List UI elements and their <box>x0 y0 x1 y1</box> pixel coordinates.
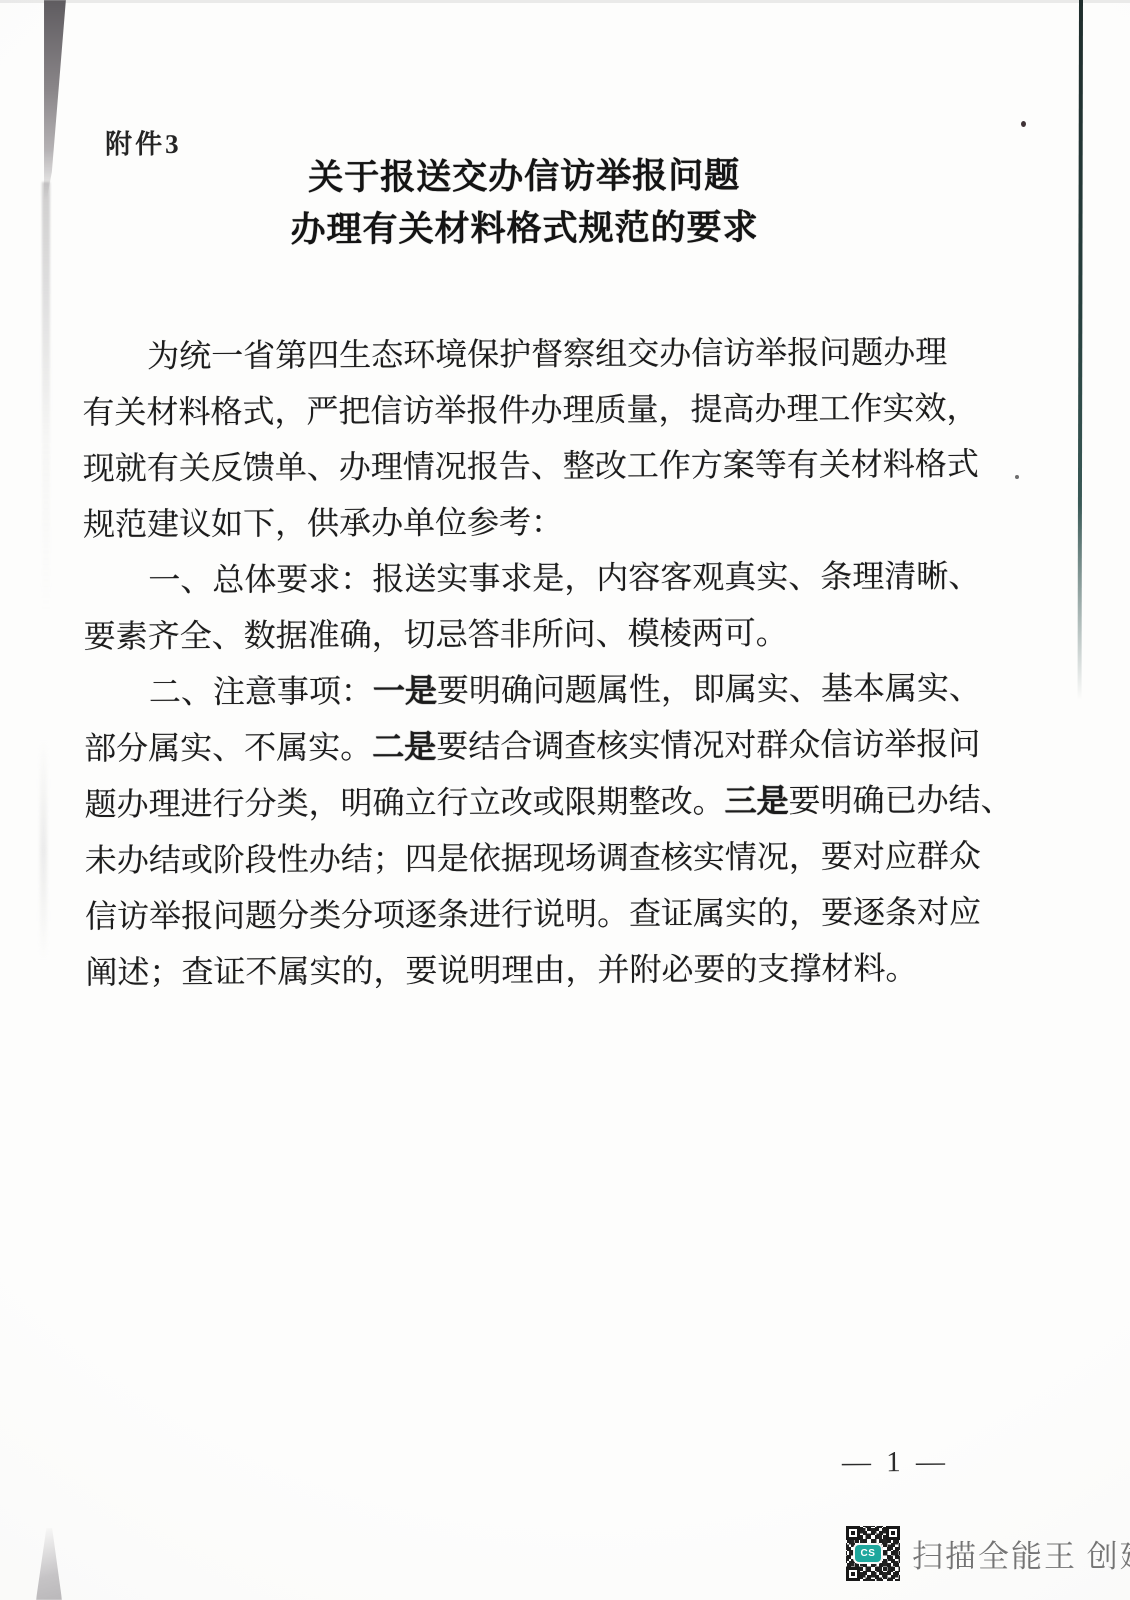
body-line: 题办理进行分类，明确立行立改或限期整改。三是要明确已办结、 <box>84 772 984 833</box>
body-segment: 为统一省第四生态环境保护督察组交办信访举报问题办理 <box>147 334 947 374</box>
body-line: 现就有关反馈单、办理情况报告、整改工作方案等有关材料格式 <box>83 436 983 497</box>
body-line: 二、注意事项：一是要明确问题属性，即属实、基本属实、 <box>84 660 984 721</box>
body-line: 为统一省第四生态环境保护督察组交办信访举报问题办理 <box>82 324 982 385</box>
body-segment: 二、注意事项： <box>149 673 373 710</box>
body-segment: 要明确问题属性，即属实、基本属实、 <box>437 670 981 709</box>
body-segment: 要结合调查核实情况对群众信访举报问 <box>436 726 980 765</box>
body-line: 阐述；查证不属实的，要说明理由，并附必要的支撑材料。 <box>85 940 985 1001</box>
body-line: 要素齐全、数据准确，切忌答非所问、模棱两可。 <box>84 604 984 665</box>
watermark-text: 扫描全能王 创建 <box>912 1531 1130 1576</box>
qr-finder-icon <box>846 1526 860 1540</box>
scanned-page: 附件3 关于报送交办信访举报问题 办理有关材料格式规范的要求 为统一省第四生态环… <box>0 0 1130 1600</box>
body-line: 规范建议如下，供承办单位参考： <box>83 492 983 553</box>
body-line: 未办结或阶段性办结；四是依据现场调查核实情况，要对应群众 <box>85 828 985 889</box>
body-segment: 规范建议如下，供承办单位参考： <box>83 504 563 543</box>
body-line: 信访举报问题分类分项逐条进行说明。查证属实的，要逐条对应 <box>85 884 985 945</box>
body-segment: 题办理进行分类，明确立行立改或限期整改。 <box>84 783 724 822</box>
body-segment: 信访举报问题分类分项逐条进行说明。查证属实的，要逐条对应 <box>85 894 981 935</box>
title-line-2: 办理有关材料格式规范的要求 <box>99 201 949 257</box>
qr-finder-icon <box>846 1567 860 1581</box>
qr-finder-icon <box>886 1526 900 1540</box>
body-segment: 一、总体要求：报送实事求是，内容客观真实、条理清晰、 <box>148 558 980 598</box>
body-segment: 阐述；查证不属实的，要说明理由，并附必要的支撑材料。 <box>85 950 917 990</box>
body-line: 一、总体要求：报送实事求是，内容客观真实、条理清晰、 <box>83 548 983 609</box>
body-segment-bold: 一是 <box>373 673 437 709</box>
body-segment: 未办结或阶段性办结；四是依据现场调查核实情况，要对应群众 <box>85 838 981 879</box>
body-text: 为统一省第四生态环境保护督察组交办信访举报问题办理有关材料格式，严把信访举报件办… <box>82 324 986 1001</box>
document-title: 关于报送交办信访举报问题 办理有关材料格式规范的要求 <box>99 149 950 257</box>
body-segment: 有关材料格式，严把信访举报件办理质量，提高办理工作实效， <box>82 390 978 431</box>
body-segment: 部分属实、不属实。 <box>84 729 372 767</box>
camscanner-badge: CS <box>855 1545 881 1562</box>
title-line-1: 关于报送交办信访举报问题 <box>99 149 949 205</box>
page-number: — 1 — <box>842 1446 949 1480</box>
document-content: 附件3 关于报送交办信访举报问题 办理有关材料格式规范的要求 为统一省第四生态环… <box>0 0 1130 1600</box>
body-segment-bold: 三是 <box>724 783 788 819</box>
qr-code-icon: CS <box>846 1526 900 1581</box>
body-segment: 要明确已办结、 <box>788 782 1012 819</box>
body-segment: 要素齐全、数据准确，切忌答非所问、模棱两可。 <box>84 615 788 655</box>
body-segment: 现就有关反馈单、办理情况报告、整改工作方案等有关材料格式 <box>83 446 979 487</box>
body-segment-bold: 二是 <box>372 729 436 765</box>
body-line: 部分属实、不属实。二是要结合调查核实情况对群众信访举报问 <box>84 716 984 777</box>
body-line: 有关材料格式，严把信访举报件办理质量，提高办理工作实效， <box>82 380 982 441</box>
camscanner-watermark: CS 扫描全能王 创建 <box>846 1526 1130 1581</box>
